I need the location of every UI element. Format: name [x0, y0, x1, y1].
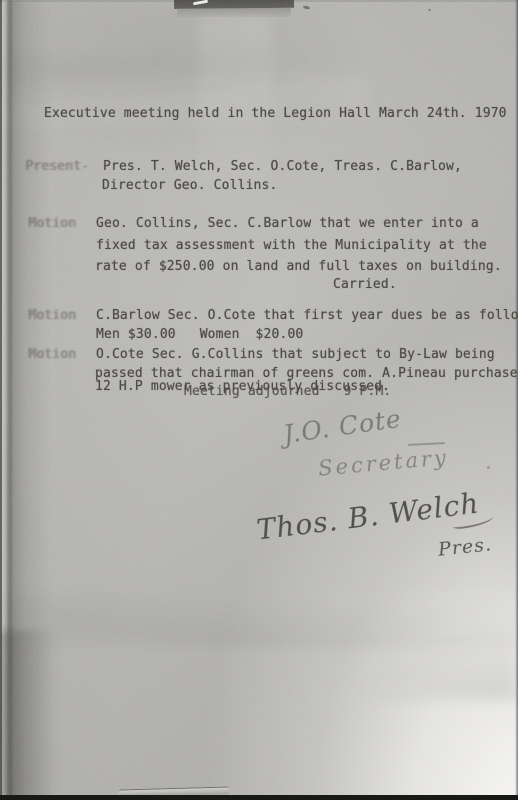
scanned-minutes-page: Executive meeting held in the Legion Hal… [0, 0, 518, 800]
film-grain-overlay [0, 0, 518, 800]
